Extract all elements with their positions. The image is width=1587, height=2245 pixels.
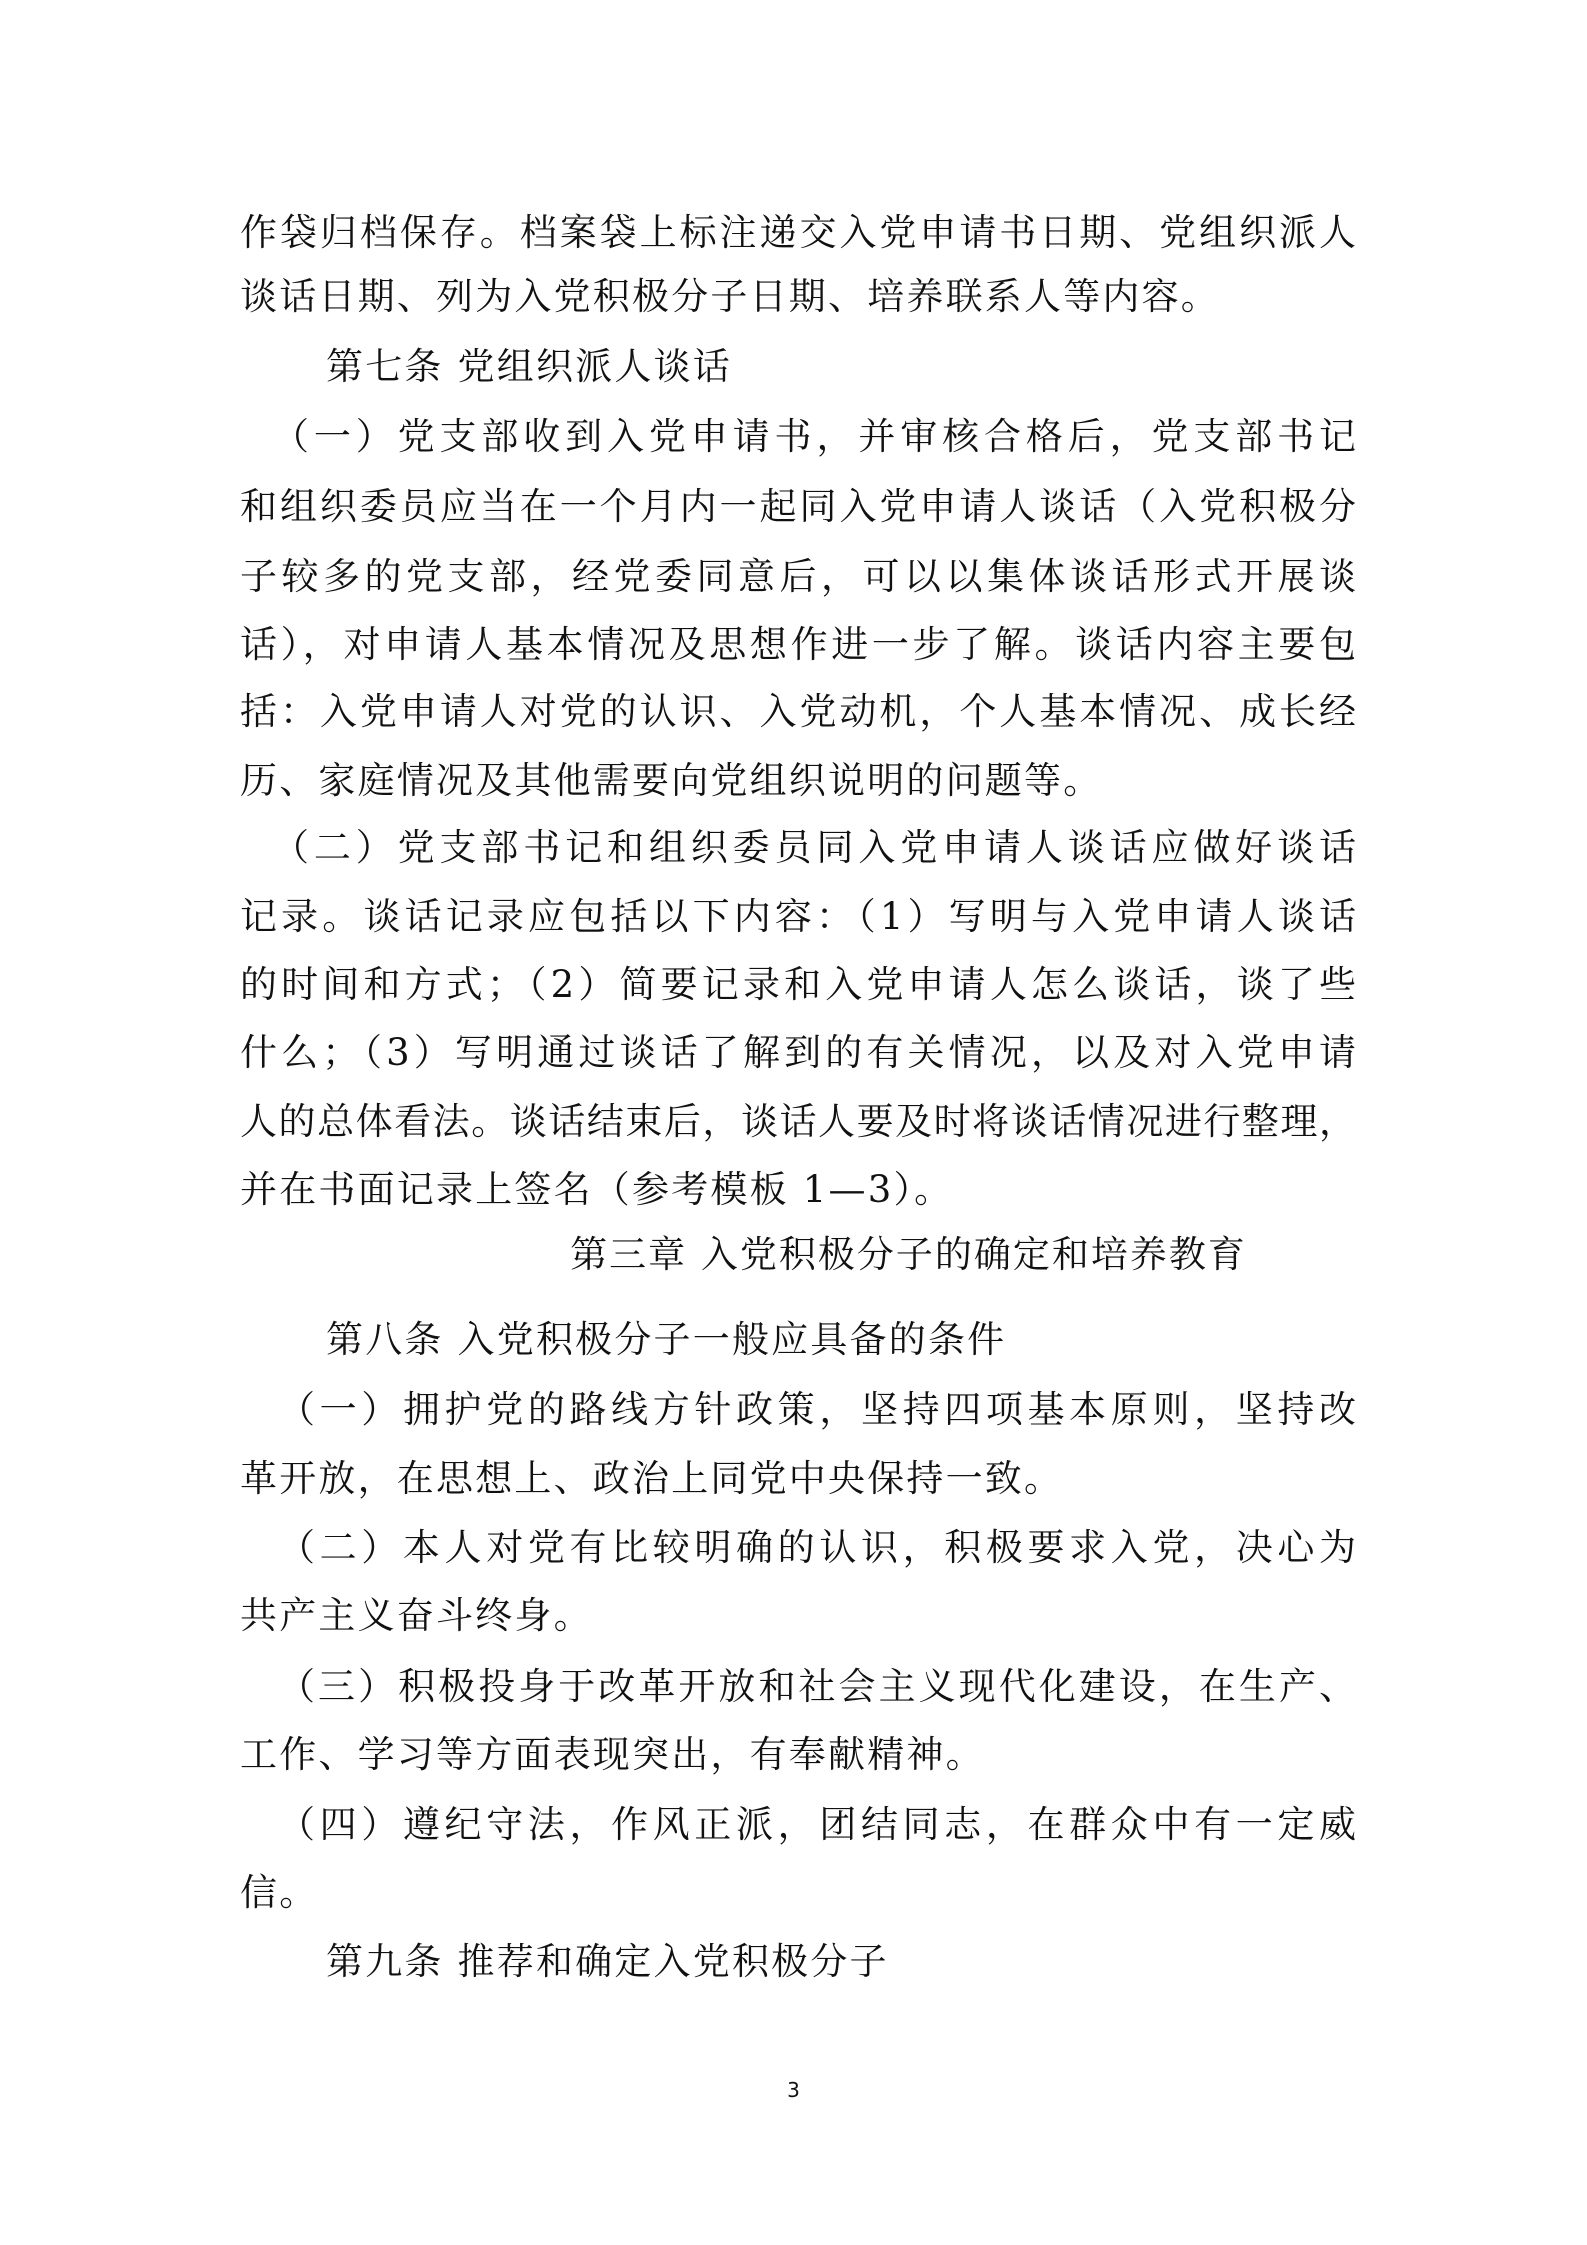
chapter-heading: 第三章 入党积极分子的确定和培养教育 bbox=[115, 1233, 1587, 1277]
paragraph-first-line: （一）拥护党的路线方针政策，坚持四项基本原则，坚持改 bbox=[278, 1388, 1356, 1432]
body-line: 和组织委员应当在一个月内一起同入党申请人谈话（入党积极分 bbox=[240, 485, 1356, 529]
body-line: 括：入党申请人对党的认识、入党动机，个人基本情况、成长经 bbox=[240, 690, 1356, 734]
body-line: 谈话日期、列为入党积极分子日期、培养联系人等内容。 bbox=[240, 275, 1356, 319]
body-line: 记录。谈话记录应包括以下内容：（1）写明与入党申请人谈话 bbox=[240, 895, 1356, 939]
body-line: 历、家庭情况及其他需要向党组织说明的问题等。 bbox=[240, 759, 1356, 803]
body-line: 信。 bbox=[240, 1871, 1356, 1915]
article-heading: 第九条 推荐和确定入党积极分子 bbox=[326, 1940, 1356, 1984]
article-heading: 第七条 党组织派人谈话 bbox=[326, 345, 1356, 389]
body-line: 并在书面记录上签名（参考模板 1—3）。 bbox=[240, 1168, 1356, 1212]
document-page: 作袋归档保存。档案袋上标注递交入党申请书日期、党组织派人 谈话日期、列为入党积极… bbox=[0, 0, 1587, 2245]
body-line: 共产主义奋斗终身。 bbox=[240, 1594, 1356, 1638]
body-line: 作袋归档保存。档案袋上标注递交入党申请书日期、党组织派人 bbox=[240, 211, 1356, 255]
paragraph-first-line: （三）积极投身于改革开放和社会主义现代化建设，在生产、 bbox=[278, 1665, 1356, 1709]
body-line: 人的总体看法。谈话结束后，谈话人要及时将谈话情况进行整理， bbox=[240, 1100, 1356, 1144]
paragraph-first-line: （二）本人对党有比较明确的认识，积极要求入党，决心为 bbox=[278, 1526, 1356, 1570]
paragraph-first-line: （四）遵纪守法，作风正派，团结同志，在群众中有一定威 bbox=[278, 1803, 1356, 1847]
body-line: 什么；（3）写明通过谈话了解到的有关情况，以及对入党申请 bbox=[240, 1031, 1356, 1075]
paragraph-first-line: （二）党支部书记和组织委员同入党申请人谈话应做好谈话 bbox=[272, 826, 1356, 870]
body-line: 话），对申请人基本情况及思想作进一步了解。谈话内容主要包 bbox=[240, 623, 1356, 667]
article-heading: 第八条 入党积极分子一般应具备的条件 bbox=[326, 1318, 1356, 1362]
body-line: 的时间和方式；（2）简要记录和入党申请人怎么谈话，谈了些 bbox=[240, 963, 1356, 1007]
body-line: 子较多的党支部，经党委同意后，可以以集体谈话形式开展谈 bbox=[240, 555, 1356, 599]
page-number: 3 bbox=[0, 2078, 1587, 2102]
paragraph-first-line: （一）党支部收到入党申请书，并审核合格后，党支部书记 bbox=[272, 415, 1356, 459]
body-line: 工作、学习等方面表现突出，有奉献精神。 bbox=[240, 1733, 1356, 1777]
body-line: 革开放，在思想上、政治上同党中央保持一致。 bbox=[240, 1457, 1356, 1501]
